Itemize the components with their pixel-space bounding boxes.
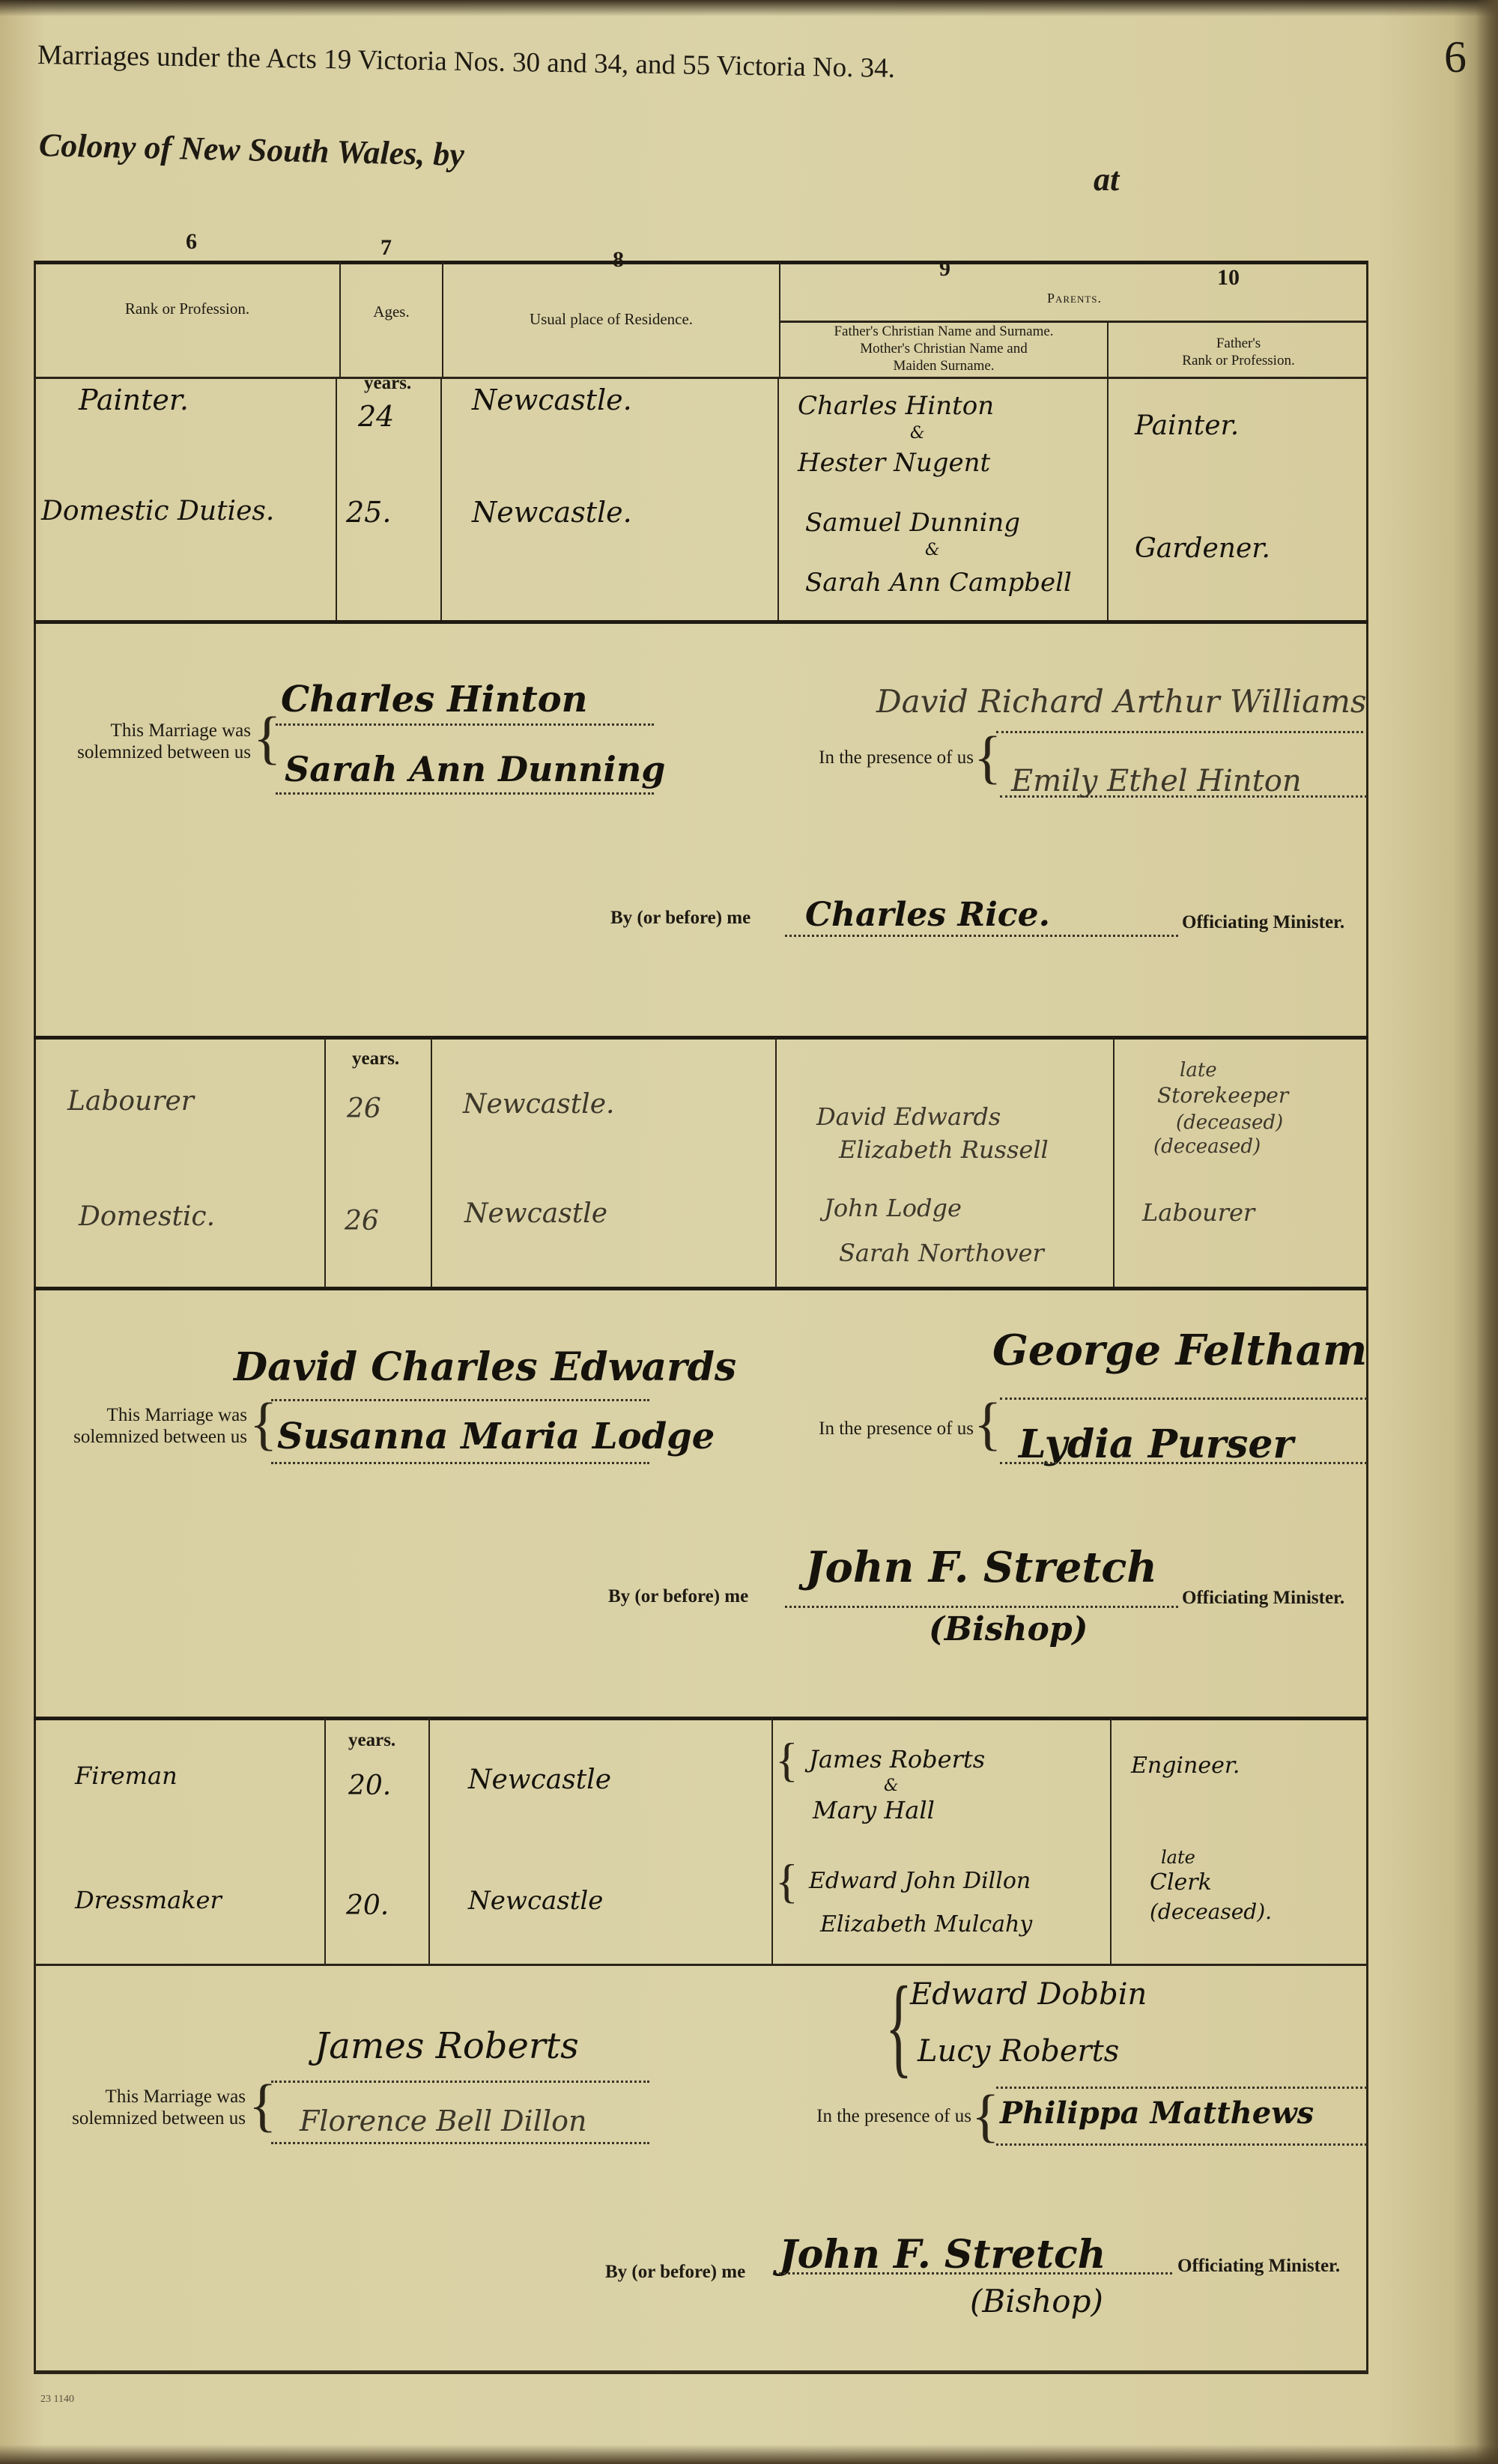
entry-divider bbox=[34, 620, 1368, 624]
entry-divider bbox=[34, 1717, 1368, 1720]
by-me-label: By (or before) me bbox=[605, 2262, 745, 2283]
years-label: years. bbox=[348, 1730, 395, 1751]
header-parents-names: Father's Christian Name and Surname. Mot… bbox=[780, 324, 1107, 374]
col-divider bbox=[775, 1037, 777, 1288]
solemnized-label-line: solemnized between us bbox=[22, 1427, 247, 1448]
col-divider bbox=[431, 1037, 432, 1288]
bride-rank: Domestic Duties. bbox=[41, 496, 274, 527]
groom-father-name: James Roberts bbox=[809, 1745, 985, 1773]
header-parents-names-line: Mother's Christian Name and bbox=[780, 341, 1107, 358]
header-father-rank: Father's Rank or Profession. bbox=[1109, 336, 1368, 370]
header-parents-names-line: Maiden Surname. bbox=[780, 358, 1107, 375]
groom-mother-name: Elizabeth Russell bbox=[839, 1135, 1049, 1164]
witness-2-signature: Lucy Roberts bbox=[918, 2034, 1119, 2069]
signature-line bbox=[996, 2087, 1367, 2089]
bride-residence: Newcastle bbox=[464, 1198, 607, 1229]
groom-mother-name: Mary Hall bbox=[813, 1796, 935, 1824]
signature-line bbox=[276, 792, 654, 795]
groom-father-name: David Edwards bbox=[816, 1102, 1001, 1131]
groom-residence: Newcastle. bbox=[463, 1089, 614, 1120]
officiating-minister-label: Officiating Minister. bbox=[1182, 912, 1344, 933]
bride-rank: Dressmaker bbox=[75, 1886, 222, 1914]
entry-divider bbox=[34, 1964, 1368, 1966]
years-label: years. bbox=[352, 1049, 399, 1069]
col-divider bbox=[1107, 378, 1109, 622]
solemnized-label-line: solemnized between us bbox=[22, 2108, 246, 2130]
col-divider bbox=[777, 378, 779, 622]
header-parents-names-line: Father's Christian Name and Surname. bbox=[780, 324, 1107, 341]
presence-label: In the presence of us bbox=[771, 747, 974, 769]
bride-father-deceased: (deceased). bbox=[1150, 1899, 1272, 1924]
signature-line bbox=[785, 1606, 1178, 1608]
groom-father-name: Charles Hinton bbox=[798, 391, 994, 421]
presence-label: In the presence of us bbox=[771, 1418, 974, 1440]
bride-father-rank-late: late bbox=[1161, 1847, 1195, 1868]
signature-line bbox=[996, 731, 1363, 733]
groom-age: 20. bbox=[348, 1770, 391, 1801]
col-divider bbox=[771, 1718, 773, 1965]
groom-signature: David Charles Edwards bbox=[234, 1344, 736, 1390]
col-divider bbox=[1113, 1037, 1115, 1288]
signature-line bbox=[1000, 1462, 1367, 1464]
solemnized-label: This Marriage was solemnized between us bbox=[22, 1405, 247, 1448]
bride-rank: Domestic. bbox=[79, 1201, 215, 1232]
signature-line bbox=[276, 723, 654, 726]
header-bottom-rule bbox=[34, 377, 1368, 379]
signature-line bbox=[271, 1462, 649, 1464]
bride-age: 26 bbox=[345, 1206, 379, 1236]
page-number: 6 bbox=[1444, 31, 1467, 83]
by-me-label: By (or before) me bbox=[608, 1586, 748, 1607]
register-table-frame bbox=[34, 261, 1368, 2374]
groom-father-deceased: (deceased) bbox=[1176, 1111, 1283, 1134]
groom-residence: Newcastle. bbox=[472, 383, 632, 416]
bride-signature: Susanna Maria Lodge bbox=[277, 1415, 715, 1457]
bride-mother-name: Sarah Ann Campbell bbox=[805, 568, 1072, 598]
brace-icon: { bbox=[885, 1970, 912, 2082]
bride-age: 20. bbox=[346, 1890, 389, 1921]
header-parents: Parents. bbox=[780, 291, 1368, 307]
years-label: years. bbox=[364, 373, 411, 394]
page-top-shadow bbox=[0, 0, 1498, 16]
groom-rank: Labourer bbox=[67, 1086, 194, 1117]
minister-title: (Bishop) bbox=[970, 2283, 1103, 2319]
solemnized-label-line: This Marriage was bbox=[22, 1405, 247, 1427]
bride-signature: Florence Bell Dillon bbox=[300, 2105, 586, 2137]
ampersand: & bbox=[925, 541, 940, 559]
bride-father-rank: Gardener. bbox=[1135, 533, 1270, 564]
solemnized-label: This Marriage was solemnized between us bbox=[30, 720, 251, 764]
page-bottom-shadow bbox=[0, 2445, 1498, 2464]
groom-age: 26 bbox=[347, 1093, 381, 1124]
ampersand: & bbox=[910, 424, 925, 443]
signature-line bbox=[1000, 1398, 1367, 1400]
ampersand: & bbox=[884, 1776, 899, 1795]
header-father-rank-line: Father's bbox=[1109, 336, 1368, 353]
witness-1-signature: David Richard Arthur Williams bbox=[876, 683, 1367, 720]
brace-icon: { bbox=[253, 708, 281, 767]
entry-divider bbox=[34, 1287, 1368, 1290]
bride-father-name: Samuel Dunning bbox=[805, 508, 1020, 538]
parents-subheader-rule bbox=[779, 321, 1368, 323]
signature-line bbox=[271, 2081, 649, 2083]
groom-father-rank: Engineer. bbox=[1131, 1753, 1240, 1779]
bride-father-rank: Clerk bbox=[1150, 1869, 1212, 1896]
solemnized-label-line: This Marriage was bbox=[30, 720, 251, 742]
officiating-minister-label: Officiating Minister. bbox=[1182, 1588, 1344, 1609]
column-number-6: 6 bbox=[186, 229, 197, 255]
groom-rank: Painter. bbox=[79, 383, 189, 416]
solemnized-label-line: This Marriage was bbox=[22, 2087, 246, 2108]
brace-icon: { bbox=[971, 2087, 999, 2145]
by-me-label: By (or before) me bbox=[610, 908, 750, 929]
col-divider bbox=[324, 1718, 326, 1965]
presence-label: In the presence of us bbox=[768, 2106, 971, 2128]
bride-father-name: Edward John Dillon bbox=[809, 1868, 1031, 1894]
signature-line bbox=[996, 2143, 1367, 2146]
bride-father-rank: Labourer bbox=[1142, 1198, 1255, 1227]
minister-signature: Charles Rice. bbox=[805, 896, 1050, 934]
groom-signature: James Roberts bbox=[315, 2025, 579, 2067]
bride-residence: Newcastle bbox=[468, 1886, 603, 1916]
groom-father-rank-late: late bbox=[1180, 1059, 1217, 1081]
groom-signature: Charles Hinton bbox=[281, 679, 588, 720]
brace-icon: { bbox=[974, 1395, 1001, 1453]
signature-line bbox=[271, 1399, 649, 1401]
header-father-rank-line: Rank or Profession. bbox=[1109, 353, 1368, 370]
col-divider bbox=[428, 1718, 430, 1965]
brace-icon: { bbox=[974, 728, 1001, 786]
groom-mother-deceased: (deceased) bbox=[1153, 1135, 1261, 1158]
signature-line bbox=[271, 2142, 649, 2144]
col-divider bbox=[440, 378, 442, 622]
brace-icon: { bbox=[775, 1857, 798, 1905]
bride-age: 25. bbox=[346, 496, 391, 529]
at-label: at bbox=[1094, 160, 1119, 198]
signature-line bbox=[785, 935, 1178, 937]
groom-mother-name: Hester Nugent bbox=[798, 448, 990, 478]
groom-residence: Newcastle bbox=[468, 1764, 611, 1795]
col-divider bbox=[336, 378, 337, 622]
witness-2-signature: Emily Ethel Hinton bbox=[1011, 764, 1302, 798]
solemnized-label: This Marriage was solemnized between us bbox=[22, 2087, 246, 2130]
col-divider bbox=[324, 1037, 326, 1288]
header-rank-or-profession: Rank or Profession. bbox=[37, 300, 337, 318]
bride-mother-name: Sarah Northover bbox=[839, 1239, 1044, 1267]
header-ages: Ages. bbox=[341, 303, 442, 321]
groom-father-rank: Painter. bbox=[1135, 410, 1239, 441]
bride-signature: Sarah Ann Dunning bbox=[285, 749, 665, 789]
groom-age: 24 bbox=[358, 400, 394, 433]
bride-father-name: John Lodge bbox=[824, 1194, 962, 1222]
header-residence: Usual place of Residence. bbox=[443, 310, 779, 329]
signature-line bbox=[779, 2272, 1172, 2275]
entry-divider bbox=[34, 1036, 1368, 1040]
groom-rank: Fireman bbox=[75, 1761, 178, 1790]
printer-mark: 23 1140 bbox=[40, 2394, 74, 2406]
witness-2-signature: Lydia Purser bbox=[1019, 1421, 1294, 1467]
minister-title: (Bishop) bbox=[929, 1610, 1088, 1648]
page-right-edge bbox=[1476, 0, 1498, 2464]
groom-father-rank: Storekeeper bbox=[1157, 1083, 1288, 1108]
witness-3-signature: Philippa Matthews bbox=[1000, 2096, 1314, 2131]
solemnized-label-line: solemnized between us bbox=[30, 742, 251, 764]
signature-line bbox=[1000, 795, 1367, 798]
column-number-7: 7 bbox=[380, 235, 392, 261]
witness-1-signature: George Feltham bbox=[992, 1326, 1367, 1375]
witness-1-signature: Edward Dobbin bbox=[910, 1977, 1147, 2012]
minister-signature: John F. Stretch bbox=[805, 1543, 1157, 1592]
col-divider bbox=[1110, 1718, 1112, 1965]
brace-icon: { bbox=[249, 1395, 277, 1453]
brace-icon: { bbox=[775, 1736, 798, 1784]
minister-signature: John F. Stretch bbox=[779, 2232, 1106, 2278]
brace-icon: { bbox=[249, 2076, 276, 2134]
officiating-minister-label: Officiating Minister. bbox=[1177, 2256, 1340, 2277]
bride-mother-name: Elizabeth Mulcahy bbox=[820, 1911, 1032, 1937]
bride-residence: Newcastle. bbox=[472, 496, 632, 529]
